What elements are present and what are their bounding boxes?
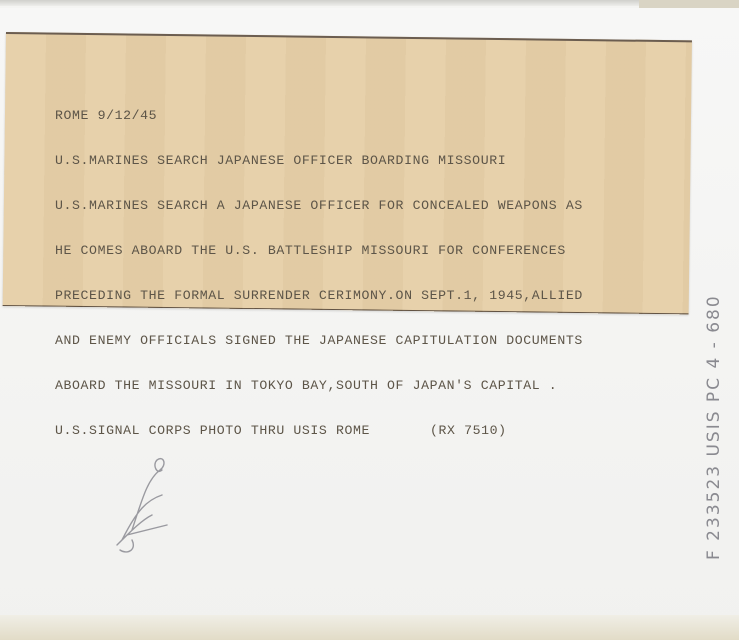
top-edge [0, 0, 739, 6]
caption-body-line: HE COMES ABOARD THE U.S. BATTLESHIP MISS… [55, 243, 583, 258]
caption-body-line: ABOARD THE MISSOURI IN TOKYO BAY,SOUTH O… [55, 378, 583, 393]
caption-body-line: AND ENEMY OFFICIALS SIGNED THE JAPANESE … [55, 333, 583, 348]
caption-text: ROME 9/12/45 U.S.MARINES SEARCH JAPANESE… [55, 78, 583, 453]
caption-body-line: PRECEDING THE FORMAL SURRENDER CERIMONY.… [55, 288, 583, 303]
caption-headline: U.S.MARINES SEARCH JAPANESE OFFICER BOAR… [55, 153, 583, 168]
bottom-edge [0, 615, 739, 640]
top-right-tab [639, 0, 739, 8]
caption-credit-line: U.S.SIGNAL CORPS PHOTO THRU USIS ROME(RX… [55, 423, 583, 438]
caption-credit: U.S.SIGNAL CORPS PHOTO THRU USIS ROME [55, 423, 370, 438]
caption-body-line: U.S.MARINES SEARCH A JAPANESE OFFICER FO… [55, 198, 583, 213]
signature-scribble [112, 440, 172, 560]
caption-dateline: ROME 9/12/45 [55, 108, 583, 123]
reference-code: (RX 7510) [430, 423, 507, 438]
handwritten-margin-note: F 233523 USIS PC 4 - 680 [704, 294, 724, 560]
